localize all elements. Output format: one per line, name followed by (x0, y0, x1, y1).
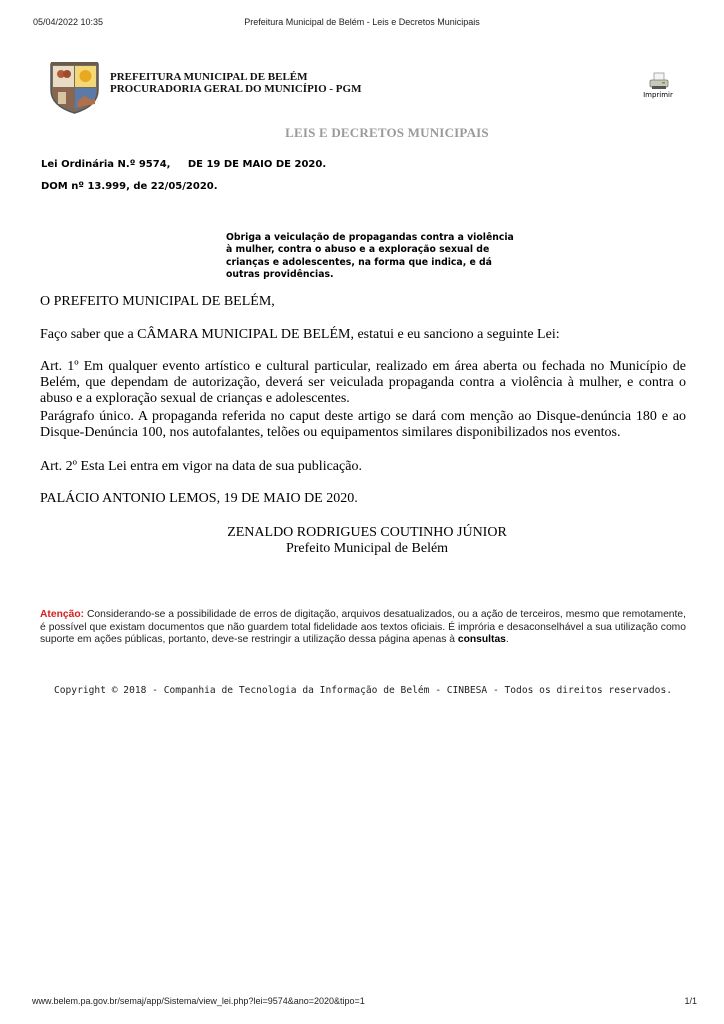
place-date: PALÁCIO ANTONIO LEMOS, 19 DE MAIO DE 202… (40, 491, 686, 507)
disclaimer-notice: Atenção: Considerando-se a possibilidade… (40, 609, 686, 647)
organization-name: PREFEITURA MUNICIPAL DE BELÉM PROCURADOR… (110, 71, 361, 95)
law-reference: Lei Ordinária N.º 9574, DE 19 DE MAIO DE… (41, 159, 326, 170)
article-2: Art. 2º Esta Lei entra em vigor na data … (40, 459, 686, 475)
law-summary: Obriga a veiculação de propagandas contr… (226, 232, 516, 282)
page-number: 1/1 (684, 996, 697, 1006)
notice-text: Considerando-se a possibilidade de erros… (40, 609, 686, 645)
org-line-2: PROCURADORIA GERAL DO MUNICÍPIO - PGM (110, 83, 361, 95)
dom-reference: DOM nº 13.999, de 22/05/2020. (41, 181, 218, 192)
signatory-name: ZENALDO RODRIGUES COUTINHO JÚNIOR (10, 525, 724, 541)
notice-label: Atenção: (40, 609, 84, 620)
print-button[interactable]: Imprimir (640, 72, 676, 102)
sole-paragraph: Parágrafo único. A propaganda referida n… (40, 409, 686, 441)
signatory-title: Prefeito Municipal de Belém (10, 541, 724, 557)
section-title: LEIS E DECRETOS MUNICIPAIS (0, 125, 724, 141)
preamble: O PREFEITO MUNICIPAL DE BELÉM, (40, 294, 686, 310)
article-1: Art. 1º Em qualquer evento artístico e c… (40, 359, 686, 407)
page-url: www.belem.pa.gov.br/semaj/app/Sistema/vi… (32, 996, 365, 1006)
org-line-1: PREFEITURA MUNICIPAL DE BELÉM (110, 71, 361, 83)
city-coat-of-arms-icon (48, 60, 101, 115)
printer-icon (640, 72, 676, 92)
enactment-clause: Faço saber que a CÂMARA MUNICIPAL DE BEL… (40, 327, 686, 343)
notice-emphasis: consultas (458, 634, 506, 645)
notice-end: . (506, 634, 509, 645)
copyright: Copyright © 2018 - Companhia de Tecnolog… (40, 685, 686, 697)
print-page-title: Prefeitura Municipal de Belém - Leis e D… (0, 17, 724, 27)
signature-block: ZENALDO RODRIGUES COUTINHO JÚNIOR Prefei… (0, 525, 724, 557)
print-header: 05/04/2022 10:35 Prefeitura Municipal de… (0, 15, 724, 29)
print-button-label: Imprimir (640, 91, 676, 99)
